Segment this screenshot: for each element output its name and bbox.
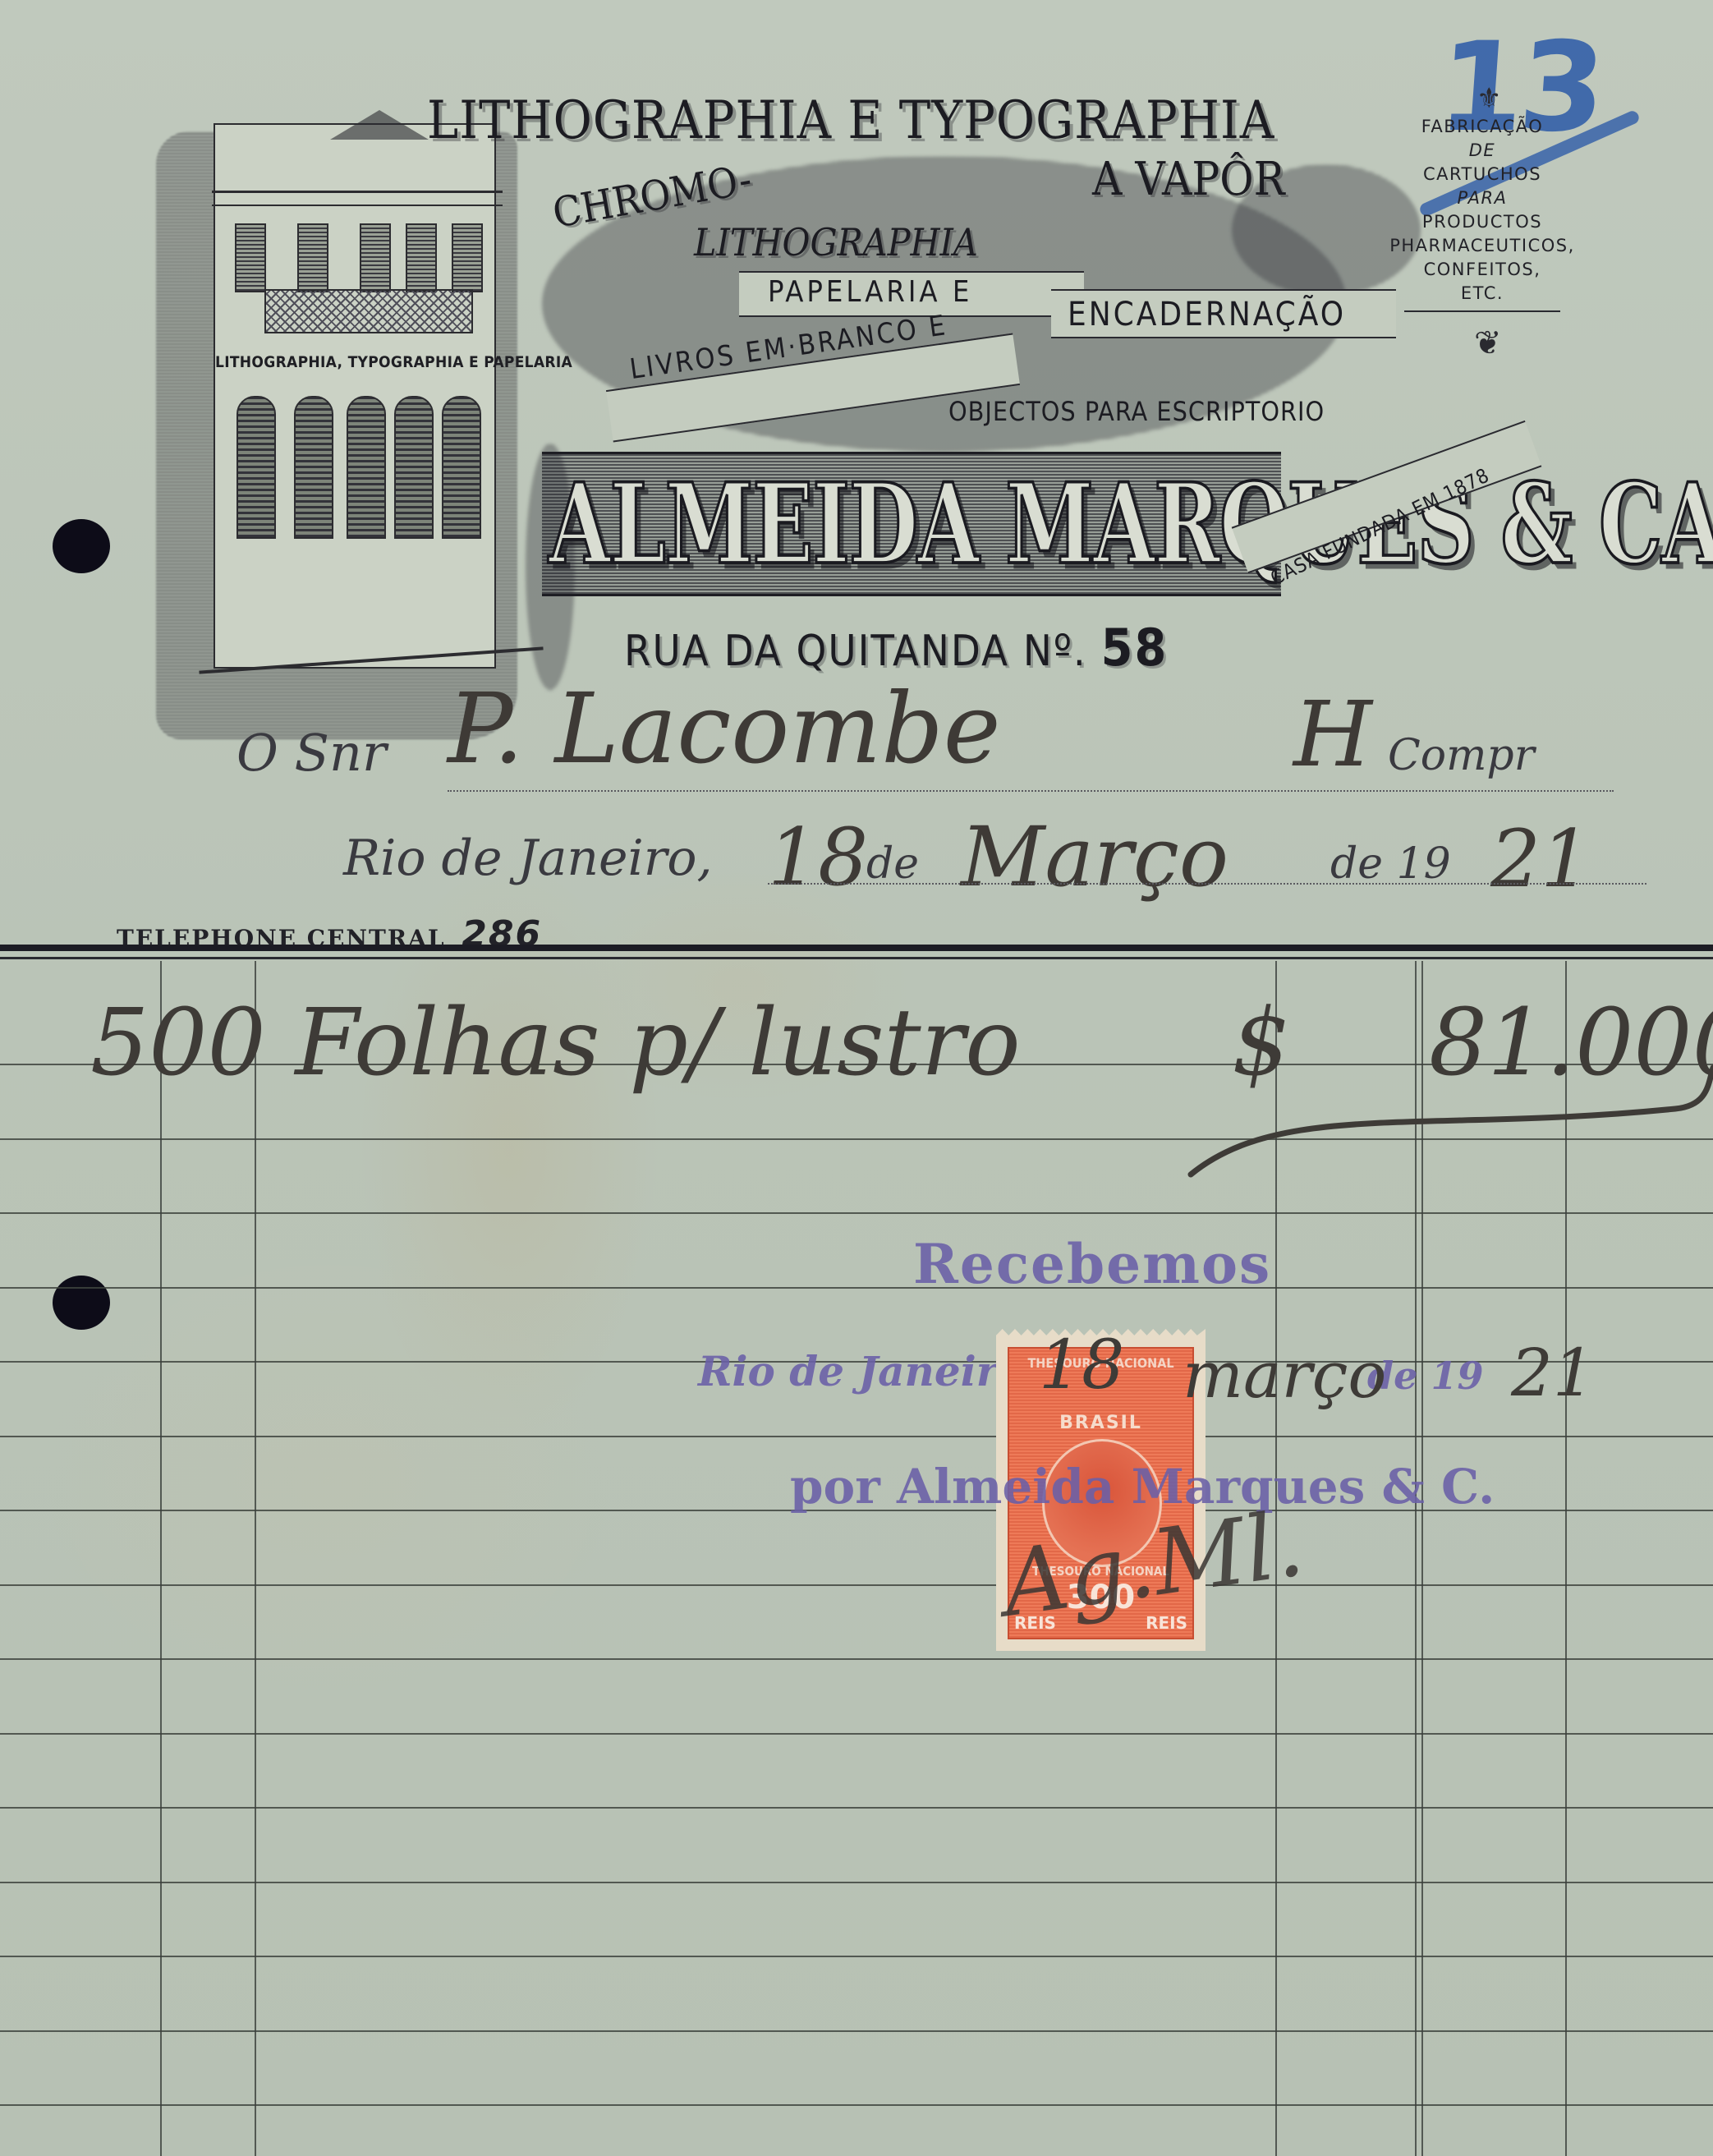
heading-lithographia-2: LITHOGRAPHIA: [694, 220, 978, 264]
ledger-row-rule: [0, 1436, 1713, 1437]
addressee-suffix-printed: Compr: [1388, 731, 1535, 780]
ledger-row-rule: [0, 1882, 1713, 1883]
fleuron-icon: ⚜: [1476, 82, 1501, 115]
address-street: RUA DA QUITANDA: [624, 627, 1009, 676]
line-item-description: 500 Folhas p/ lustro: [90, 990, 1021, 1096]
receipt-date-year: 21: [1511, 1335, 1595, 1411]
receipt-by-company: por Almeida Marques & C.: [790, 1459, 1495, 1515]
header-rule: [0, 945, 1713, 951]
receipt-date-day: 18: [1039, 1326, 1124, 1404]
heading-lithographia-typographia: LITHOGRAPHIA E TYPOGRAPHIA: [427, 90, 1274, 151]
ledger-row-rule: [0, 2030, 1713, 2032]
company-name: ALMEIDA MARQUES & CA: [549, 460, 1713, 590]
address-no-label: Nº.: [1023, 627, 1087, 676]
side-panel-services: FABRICAÇÃO DE CARTUCHOS PARA PRODUCTOS P…: [1380, 115, 1585, 317]
punch-hole-icon: [53, 519, 110, 573]
addressee-name: P. Lacombe: [448, 672, 1001, 785]
company-address: RUA DA QUITANDA Nº. 58: [624, 618, 1168, 678]
receipt-date-printed: Rio de Janeiro,: [698, 1347, 1040, 1395]
fleuron-icon: ❦: [1474, 324, 1502, 362]
ledger-row-rule: [0, 2104, 1713, 2106]
ledger-row-rule: [0, 1733, 1713, 1735]
closing-flourish: [1183, 1051, 1713, 1183]
header-rule-thin: [0, 957, 1713, 959]
side-line: CARTUCHOS: [1380, 163, 1585, 186]
building-sign: LITHOGRAPHIA, TYPOGRAPHIA E PAPELARIA: [215, 353, 494, 371]
side-line: ETC.: [1380, 282, 1585, 306]
date-de-19: de 19: [1330, 839, 1451, 889]
ledger-row-rule: [0, 1807, 1713, 1809]
heading-encadernacao: ENCADERNAÇÃO: [1068, 296, 1346, 333]
punch-hole-icon: [53, 1276, 110, 1330]
side-line: CONFEITOS,: [1380, 258, 1585, 282]
ledger-row-rule: [0, 1584, 1713, 1586]
side-line: DE: [1380, 139, 1585, 163]
addressee-prefix: O Snr: [237, 723, 387, 783]
ledger-column-rule: [160, 961, 162, 2156]
heading-a-vapor: A VAPÔR: [1092, 153, 1285, 206]
address-number: 58: [1101, 618, 1169, 678]
heading-objectos-escriptorio: OBJECTOS PARA ESCRIPTORIO: [948, 396, 1325, 427]
ledger-column-rule: [255, 961, 256, 2156]
ledger-row-rule: [0, 1658, 1713, 1660]
balcony: [264, 289, 473, 333]
ledger-row-rule: [0, 1287, 1713, 1289]
receipt-received-stamp: Recebemos: [913, 1232, 1271, 1296]
side-line: FABRICAÇÃO: [1380, 115, 1585, 139]
tax-stamp-country: BRASIL: [1009, 1413, 1192, 1433]
ledger-row-rule: [0, 1956, 1713, 1957]
date-de-1: de: [866, 839, 919, 889]
date-dotted-line: [768, 883, 1646, 885]
addressee-suffix-hand: H: [1293, 682, 1372, 787]
date-day: 18: [768, 811, 868, 903]
side-line: PARA: [1380, 186, 1585, 210]
heading-papelaria: PAPELARIA E: [768, 275, 972, 309]
building-illustration: LITHOGRAPHIA, TYPOGRAPHIA E PAPELARIA: [156, 107, 526, 731]
date-year: 21: [1490, 813, 1591, 905]
date-city: Rio de Janeiro,: [343, 830, 713, 887]
receipt-date-month: março: [1183, 1339, 1386, 1413]
addressee-dotted-line: [448, 790, 1614, 792]
date-month: Março: [961, 809, 1228, 905]
side-line: PHARMACEUTICOS,: [1380, 234, 1585, 258]
ledger-row-rule: [0, 1212, 1713, 1214]
side-line: PRODUCTOS: [1380, 210, 1585, 234]
